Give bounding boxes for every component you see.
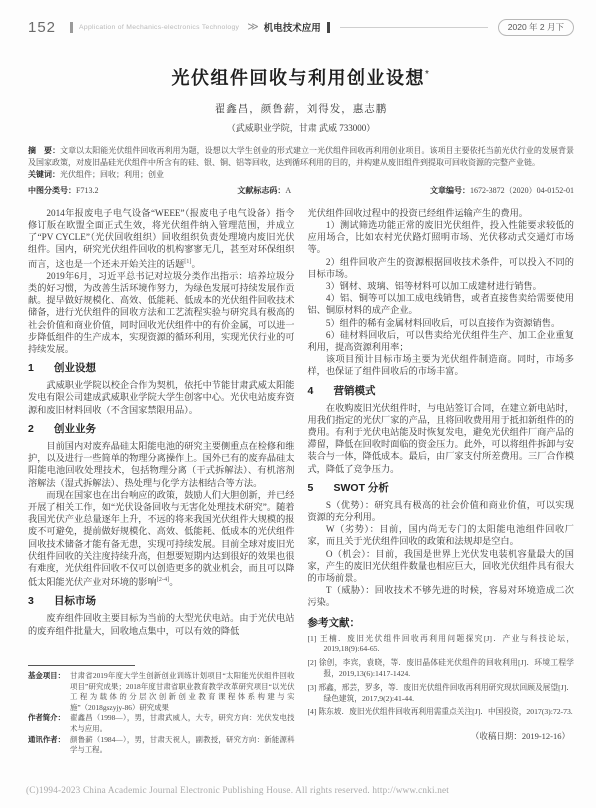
copyright-footer: (C)1994-2023 China Academic Journal Elec… [26, 785, 570, 795]
title-footnote-mark: * [425, 69, 430, 80]
double-chevron-icon: ≫ [247, 22, 256, 33]
swot-threat: T（威胁）：回收技术不够先进的时候，容易对环境造成二次污染。 [308, 584, 575, 608]
abstract-block: 摘 要：文章以太阳能光伏组件回收再利用为题，设想以大学生创业的形式建立一光伏组件… [28, 145, 574, 168]
paragraph: 而现在国家也在出台响应的政策，鼓励人们大胆创新，并已经开展了相关工作，如“光伏设… [28, 489, 295, 589]
paragraph: 该项目预计目标市场主要为光伏组件制造商。同时，市场多样，也保证了组件回收后的市场… [308, 353, 575, 377]
author-bio-note: 作者简介： 翟鑫昌（1998—），男，甘肃武威人，大专，研究方向：光伏发电技术与… [28, 713, 295, 734]
issue-badge: 2020 年 2 月下 [498, 19, 574, 36]
paragraph: 废弃组件回收主要目标为当前的大型光伏电站。由于光伏电站的废弃组件批量大，回收地点… [28, 612, 295, 636]
abstract-label: 摘 要： [28, 146, 60, 155]
clc-field: 中图分类号：F713.2 [28, 185, 98, 196]
paragraph: 2014年报废电子电气设备“WEEE”（报废电子电气设备）指令修订版在欧盟全面正… [28, 207, 295, 270]
reference-item: [1] 王楠．废旧光伏组件回收再利用问题探究[J]．产业与科技论坛，2019,1… [308, 634, 575, 656]
authors-line: 翟鑫昌，颜鲁薪，刘得发，惠志鹏 [28, 101, 574, 116]
page-number: 152 [28, 19, 56, 36]
section-heading-5: 5SWOT 分析 [308, 480, 575, 495]
list-item: 2）组件回收产生的资源根据回收技术条件，可以投入不同的目标市场。 [308, 256, 575, 280]
received-date: （收稿日期：2019-12-16） [308, 730, 575, 742]
journal-page: 152 Application of Mechanics-electronics… [0, 0, 596, 808]
reference-item: [4] 陈东坡．废旧光伏组件回收再利用需重点关注[J]．中国投资，2017(3)… [308, 707, 575, 718]
citation-superscript: [1] [184, 258, 191, 265]
keywords-text: 光伏组件；回收；利用；创业 [60, 170, 164, 179]
fund-project-note: 基金项目： 甘肃省2019年度大学生创新创业训练计划项目“太阳能光伏组件回收项目… [28, 671, 295, 713]
paragraph: 武威职业学院以校企合作为契机，依托中节能甘肃武威太阳能发电有限公司建成武威职业学… [28, 379, 295, 416]
paragraph: 2019年6月，习近平总书记对垃圾分类作出指示：培养垃圾分类的好习惯，为改善生活… [28, 270, 295, 355]
footnote-rule [28, 665, 135, 666]
affiliation-line: （武威职业学院，甘肃 武威 733000） [28, 121, 574, 134]
citation-superscript: [2-4] [157, 576, 170, 583]
reference-item: [3] 邢鑫，邢芸，罗多，等．废旧光伏组件回收再利用研究现状回顾及展望[J]．绿… [308, 683, 575, 705]
list-item: 1）测试筛选功能正常的废旧光伏组件，投入性能要求较低的应用场合，比如农村光伏路灯… [308, 219, 575, 256]
doc-code-field: 文献标志码：A [237, 185, 291, 196]
divider-bar-icon [70, 22, 73, 33]
article-title-text: 光伏组件回收与利用创业设想 [172, 68, 426, 88]
paragraph: 光伏组件回收过程中的投资已经组件运输产生的费用。 [308, 207, 575, 219]
article-id-field: 文章编号：1672-3872（2020）04-0152-01 [430, 185, 574, 196]
article-title: 光伏组件回收与利用创业设想* [28, 64, 574, 90]
article-body: 2014年报废电子电气设备“WEEE”（报废电子电气设备）指令修订版在欧盟全面正… [28, 207, 574, 756]
divider-bar-icon [327, 22, 330, 33]
right-column: 光伏组件回收过程中的投资已经组件运输产生的费用。 1）测试筛选功能正常的废旧光伏… [308, 207, 575, 756]
references-heading: 参考文献： [308, 615, 575, 630]
journal-name-chinese: 机电技术应用 [264, 20, 321, 34]
section-heading-4: 4营销模式 [308, 383, 575, 398]
list-item: 3）钢材、玻璃、铝等材料可以加工成建材进行销售。 [308, 280, 575, 292]
swot-opportunity: O（机会）：目前，我国是世界上光伏发电装机容量最大的国家，产生的废旧光伏组件数量… [308, 548, 575, 585]
swot-weakness: W（劣势）：目前，国内尚无专门的太阳能电池组件回收厂家，而且关于光伏组件回收的政… [308, 523, 575, 547]
journal-name-english: Application of Mechanics-electronics Tec… [79, 24, 239, 31]
section-heading-3: 3目标市场 [28, 593, 295, 608]
keywords-line: 关键词：光伏组件；回收；利用；创业 [28, 169, 574, 181]
corresponding-author-note: 通讯作者： 颜鲁薪（1984—），男，甘肃天祝人，副教授，研究方向：新能源科学与… [28, 735, 295, 756]
list-item: 4）铝、铜等可以加工成电线销售，或者直接售卖给需要使用铝、铜原材料的成产企业。 [308, 292, 575, 316]
section-heading-1: 1创业设想 [28, 360, 295, 375]
list-item: 5）组件的稀有金属材料回收后，可以直接作为资源销售。 [308, 317, 575, 329]
left-column: 2014年报废电子电气设备“WEEE”（报废电子电气设备）指令修订版在欧盟全面正… [28, 207, 295, 756]
header-rule [340, 27, 488, 28]
paragraph: 目前国内对废弃晶硅太阳能电池的研究主要侧重点在检修和维护，以及进行一些简单的物理… [28, 440, 295, 489]
swot-strength: S（优势）：研究具有极高的社会价值和商业价值，可以实现资源的充分利用。 [308, 499, 575, 523]
footnote-block: 基金项目： 甘肃省2019年度大学生创新创业训练计划项目“太阳能光伏组件回收项目… [28, 661, 295, 756]
list-item: 6）硅材料回收后，可以售卖给光伏组件生产、加工企业重复利用，提高资源利用率； [308, 329, 575, 353]
reference-item: [2] 徐创，李宾，袁晓，等．废旧晶体硅光伏组件的回收利用[J]．环境工程学报，… [308, 658, 575, 680]
section-heading-2: 2创业业务 [28, 421, 295, 436]
paragraph: 在收购废旧光伏组件时，与电站签订合同，在建立新电站时，用我们指定的光伏厂家的产品… [308, 402, 575, 475]
keywords-label: 关键词： [28, 170, 60, 179]
abstract-text: 文章以太阳能光伏组件回收再利用为题，设想以大学生创业的形式建立一光伏组件回收再利… [28, 146, 574, 167]
page-header: 152 Application of Mechanics-electronics… [28, 16, 574, 38]
meta-row: 中图分类号：F713.2 文献标志码：A 文章编号：1672-3872（2020… [28, 185, 574, 196]
